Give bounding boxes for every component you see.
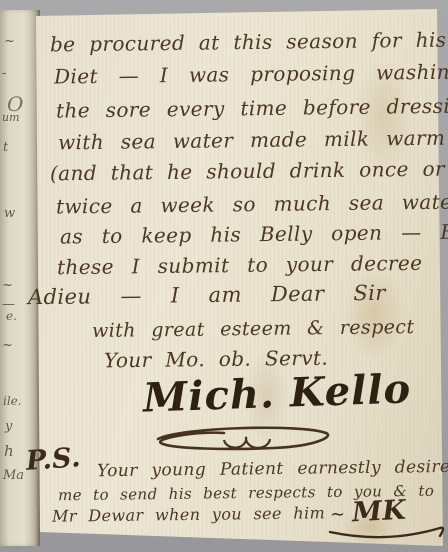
- margin-fragment: um: [2, 111, 20, 124]
- margin-fragment: ile.: [3, 394, 22, 408]
- letter-body-line: as to keep his Belly open — But: [60, 219, 448, 248]
- signature-flourish: [152, 422, 337, 458]
- letter-body-line: be procured at this season for his: [50, 28, 447, 57]
- paper-stain: [440, 324, 448, 358]
- initials-flourish: [328, 522, 446, 546]
- letter-closing-line: with great esteem & respect: [92, 316, 415, 342]
- signature: Mich. Kello: [142, 365, 412, 421]
- margin-fragment: t: [3, 140, 8, 155]
- postscript-line: Your young Patient earnestly desires: [97, 457, 448, 481]
- letter-body-line: the sore every time before dressing: [56, 93, 448, 122]
- margin-fragment: ~: [2, 278, 13, 293]
- margin-fragment: y: [5, 419, 12, 434]
- margin-fragment: h: [4, 442, 14, 460]
- margin-fragment: ~: [4, 34, 15, 49]
- letter-body-line: twice a week so much sea water: [56, 190, 448, 219]
- letter-body-line: these I submit to your decree: [57, 251, 423, 279]
- postscript-label: P.S.: [25, 442, 82, 477]
- letter-body-line: with sea water made milk warm: [58, 126, 446, 155]
- margin-fragment: w: [4, 206, 15, 221]
- letter-scan: ~ - O um t w ~ — e. ~ ile. y h Ma be pro…: [0, 0, 448, 552]
- postscript-line: Mr Dewar when you see him: [52, 503, 325, 525]
- margin-fragment: -: [2, 66, 6, 81]
- margin-fragment: ~: [2, 338, 13, 353]
- letter-body-line: (and that he should drink once or: [50, 157, 445, 186]
- letter-closing-line: Adieu — I am Dear Sir: [28, 281, 386, 309]
- margin-fragment: e.: [6, 309, 17, 323]
- margin-fragment: Ma: [3, 468, 24, 483]
- letter-body-line: Diet — I was proposing washing: [54, 60, 448, 89]
